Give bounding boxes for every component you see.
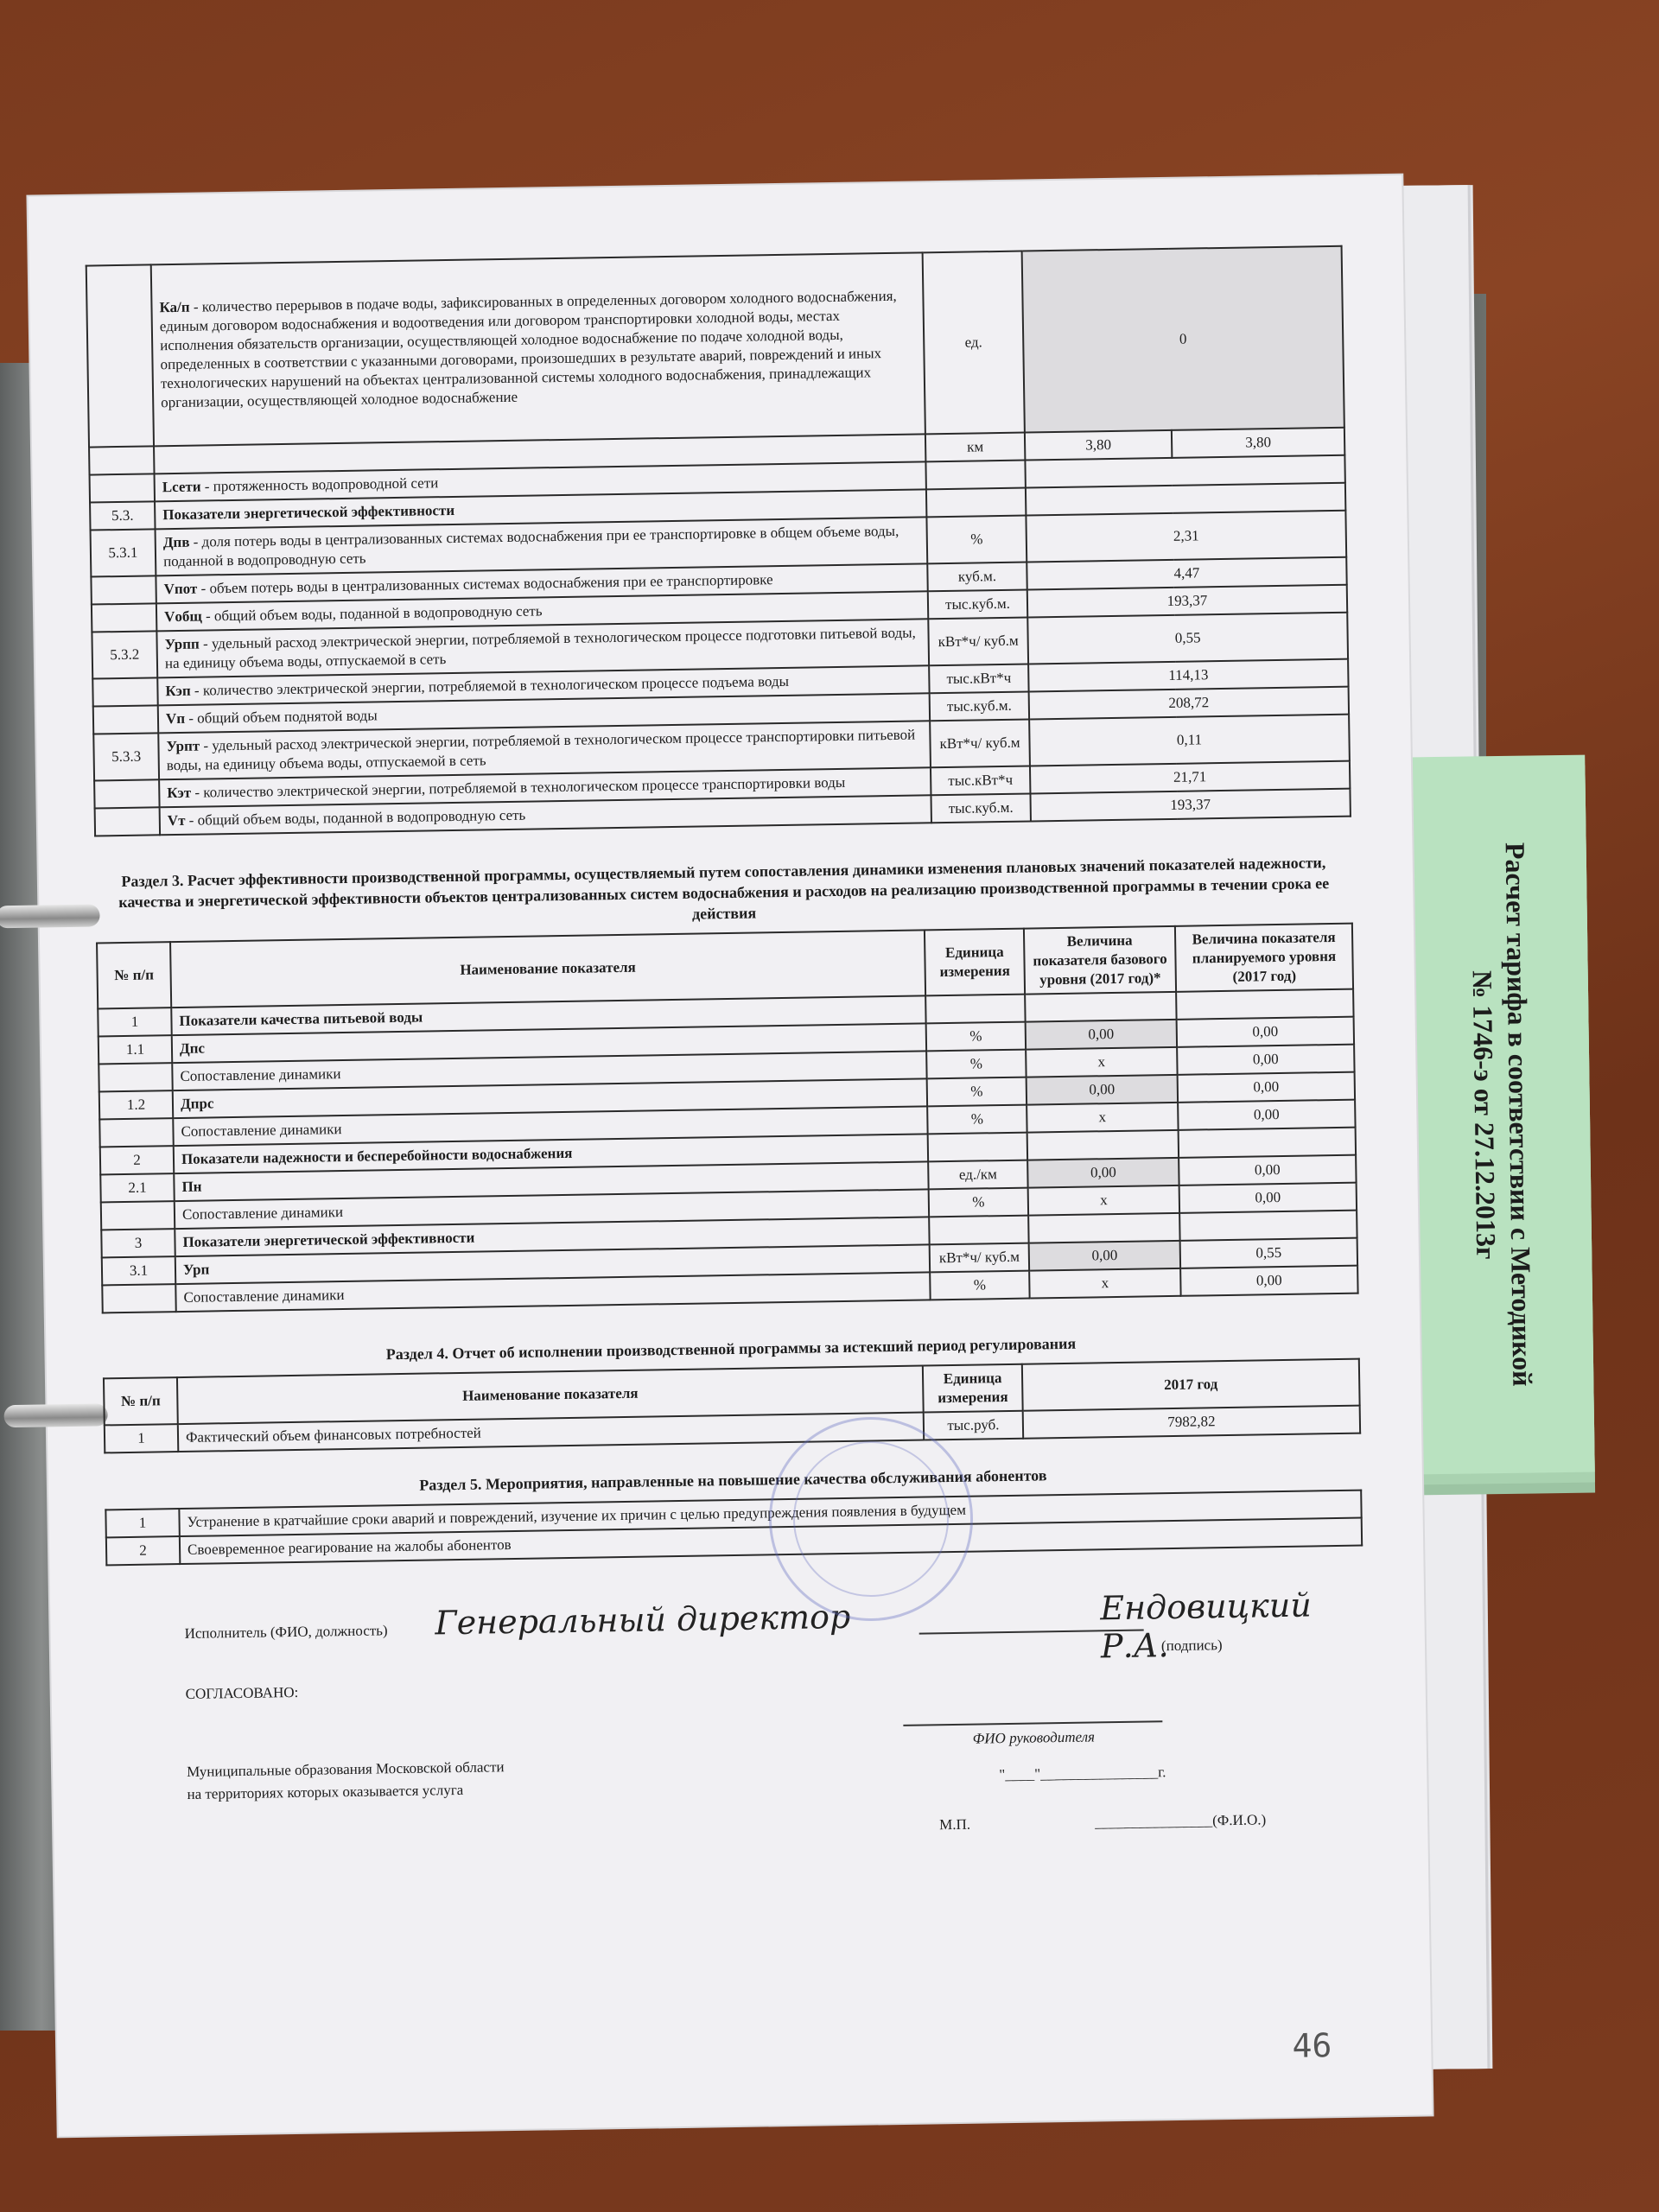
plan-value: 0,00 bbox=[1180, 1266, 1357, 1296]
row-number: 5.3.3 bbox=[93, 733, 159, 780]
fio-caption: ________________(Ф.И.О.) bbox=[1095, 1811, 1266, 1831]
unit-cell bbox=[925, 461, 1025, 490]
row-number bbox=[91, 575, 156, 604]
indicator-text: - протяженность водопроводной сети bbox=[200, 474, 438, 494]
agreed-label: СОГЛАСОВАНО: bbox=[186, 1684, 299, 1703]
indicator-code: Vп bbox=[166, 710, 185, 727]
base-value: x bbox=[1026, 1047, 1177, 1077]
value-cell: 0 bbox=[1022, 246, 1344, 433]
unit-cell: кВт*ч/ куб.м bbox=[928, 618, 1028, 666]
value-cell: 0,55 bbox=[1027, 613, 1348, 664]
indicator-code: Vпот bbox=[163, 581, 197, 598]
unit-cell bbox=[925, 995, 1025, 1024]
indicator-code: Кэт bbox=[167, 785, 191, 801]
unit-cell bbox=[926, 488, 1026, 518]
indicator-text: - общий объем поднятой воды bbox=[185, 707, 378, 726]
base-value bbox=[1025, 992, 1176, 1022]
plan-value: 0,00 bbox=[1179, 1155, 1356, 1185]
row-number: 3.1 bbox=[102, 1256, 175, 1285]
row-number bbox=[99, 1063, 172, 1091]
row-number bbox=[92, 677, 157, 706]
approval-block: СОГЛАСОВАНО: ФИО руководителя Муниципаль… bbox=[107, 1650, 1368, 1912]
head-fio-line bbox=[903, 1720, 1162, 1726]
indicator-code: Lсети bbox=[162, 479, 201, 496]
unit-cell: ед./км bbox=[928, 1160, 1027, 1190]
indicator-text: - общий объем воды, поданной в водопрово… bbox=[185, 807, 525, 829]
divider-tab: Расчет тарифа в соответствии с Методикой… bbox=[1408, 755, 1595, 1475]
plan-value: 0,00 bbox=[1179, 1183, 1357, 1213]
plan-value bbox=[1179, 1211, 1357, 1241]
base-value bbox=[1028, 1213, 1179, 1243]
row-number: 1 bbox=[105, 1509, 179, 1537]
row-number: 2 bbox=[100, 1146, 174, 1174]
row-number: 5.3. bbox=[90, 501, 155, 530]
row-number bbox=[95, 807, 160, 836]
plan-value bbox=[1176, 989, 1353, 1020]
unit-cell: % bbox=[930, 1271, 1029, 1300]
plan-value: 0,00 bbox=[1177, 1045, 1354, 1075]
indicator-code: Урпт bbox=[166, 738, 200, 755]
value-cell: 7982,82 bbox=[1023, 1406, 1360, 1439]
unit-cell: % bbox=[926, 516, 1027, 564]
row-number: 1 bbox=[98, 1007, 171, 1036]
unit-cell: % bbox=[927, 1105, 1027, 1135]
row-number bbox=[94, 779, 159, 808]
executor-position: Генеральный директор bbox=[435, 1598, 851, 1643]
indicator-description: Ка/п - количество перерывов в подаче вод… bbox=[151, 252, 925, 446]
plan-value bbox=[1179, 1128, 1356, 1158]
table-row: Ка/п - количество перерывов в подаче вод… bbox=[86, 246, 1344, 448]
column-header: 2017 год bbox=[1022, 1359, 1360, 1411]
value-cell: 3,80 bbox=[1172, 428, 1344, 458]
indicator-code: Дпв bbox=[163, 534, 190, 550]
indicator-code: Ка/п bbox=[159, 299, 189, 316]
indicator-text: - удельный расход электрической энергии,… bbox=[165, 625, 916, 672]
row-number bbox=[89, 446, 154, 474]
column-header: Величина показателя планируемого уровня … bbox=[1175, 924, 1353, 992]
indicator-text: - общий объем воды, поданной в водопрово… bbox=[202, 602, 543, 624]
base-value: 0,00 bbox=[1027, 1075, 1178, 1105]
indicator-text: - удельный расход электрической энергии,… bbox=[167, 727, 916, 774]
plan-value: 0,00 bbox=[1178, 1100, 1355, 1130]
head-fio-caption: ФИО руководителя bbox=[972, 1728, 1095, 1747]
row-number: 2.1 bbox=[100, 1173, 174, 1202]
unit-cell: тыс.куб.м. bbox=[930, 692, 1029, 721]
row-number bbox=[101, 1201, 175, 1230]
section3-title: Раздел 3. Расчет эффективности производс… bbox=[112, 852, 1336, 933]
unit-cell: % bbox=[926, 1022, 1026, 1052]
unit-cell: тыс.куб.м. bbox=[928, 590, 1027, 620]
base-value: 0,00 bbox=[1026, 1020, 1177, 1050]
energy-efficiency-table: Ка/п - количество перерывов в подаче вод… bbox=[86, 245, 1351, 837]
row-number bbox=[90, 474, 155, 502]
page-number: 46 bbox=[1292, 2026, 1332, 2065]
base-value: 0,00 bbox=[1027, 1158, 1179, 1188]
row-number bbox=[92, 603, 156, 632]
indicator-code: Vт bbox=[168, 812, 186, 829]
mp-label: М.П. bbox=[939, 1816, 970, 1834]
base-value: x bbox=[1027, 1103, 1178, 1133]
column-header: Наименование показателя bbox=[170, 930, 925, 1007]
section3-table: № п/пНаименование показателяЕдиница изме… bbox=[96, 923, 1359, 1314]
municipal-line-1: Муниципальные образования Московской обл… bbox=[187, 1758, 505, 1781]
tab-line-1: Расчет тарифа в соответствии с Методикой bbox=[1497, 842, 1540, 1387]
row-number: 1.2 bbox=[99, 1090, 173, 1119]
unit-cell: тыс.кВт*ч bbox=[931, 766, 1030, 795]
value-cell: 3,80 bbox=[1025, 430, 1172, 461]
row-number: 2 bbox=[106, 1536, 180, 1565]
document-page: Ка/п - количество перерывов в подаче вод… bbox=[28, 175, 1432, 2137]
indicator-code: Кэп bbox=[165, 683, 191, 699]
column-header: Величина показателя базового уровня (201… bbox=[1024, 926, 1176, 995]
indicator-text: - количество электрической энергии, потр… bbox=[191, 673, 790, 699]
divider-tab-text: Расчет тарифа в соответствии с Методикой… bbox=[1463, 842, 1540, 1388]
executor-label: Исполнитель (ФИО, должность) bbox=[184, 1622, 387, 1643]
value-cell: 2,31 bbox=[1026, 511, 1346, 563]
indicator-text: - количество перерывов в подаче воды, за… bbox=[160, 288, 897, 410]
value-cell: 0,11 bbox=[1029, 715, 1350, 766]
binder-ring-icon bbox=[0, 904, 100, 928]
base-value bbox=[1027, 1130, 1179, 1160]
indicator-code: Показатели энергетической эффективности bbox=[162, 502, 454, 523]
plan-value: 0,00 bbox=[1177, 1017, 1354, 1047]
base-value: x bbox=[1029, 1268, 1180, 1299]
unit-cell bbox=[929, 1216, 1028, 1245]
row-number bbox=[102, 1284, 175, 1313]
date-line: "____"________________г. bbox=[999, 1764, 1166, 1783]
row-number: 5.3.2 bbox=[92, 631, 157, 678]
stamp-icon bbox=[769, 1417, 973, 1621]
row-number bbox=[86, 264, 154, 447]
municipal-line-2: на территориях которых оказывается услуг… bbox=[187, 1782, 463, 1803]
indicator-code: Урпп bbox=[164, 636, 199, 653]
unit-cell: тыс.куб.м. bbox=[931, 793, 1030, 823]
row-number bbox=[93, 705, 158, 734]
base-value: x bbox=[1028, 1185, 1179, 1216]
column-header: Единица измерения bbox=[923, 1364, 1023, 1413]
base-value: 0,00 bbox=[1029, 1241, 1180, 1271]
indicator-text: - количество электрической энергии, потр… bbox=[191, 774, 845, 801]
column-header: № п/п bbox=[104, 1377, 178, 1425]
row-number: 5.3.1 bbox=[91, 529, 156, 576]
unit-cell: % bbox=[926, 1050, 1026, 1079]
row-number bbox=[99, 1118, 173, 1147]
row-number: 1.1 bbox=[99, 1035, 172, 1064]
column-header: № п/п bbox=[97, 942, 171, 1008]
unit-cell: тыс.руб. bbox=[924, 1411, 1023, 1440]
unit-cell: % bbox=[927, 1077, 1027, 1107]
section5-table: 1Устранение в кратчайшие сроки аварий и … bbox=[105, 1490, 1363, 1567]
unit-cell: ед. bbox=[923, 251, 1025, 435]
unit-cell: кВт*ч/ куб.м bbox=[930, 720, 1030, 768]
section4-table: № п/пНаименование показателяЕдиница изме… bbox=[103, 1358, 1361, 1454]
unit-cell: тыс.кВт*ч bbox=[929, 664, 1028, 694]
unit-cell: кВт*ч/ куб.м bbox=[930, 1243, 1029, 1273]
page-content: Ка/п - количество перерывов в подаче вод… bbox=[86, 245, 1369, 1912]
binder-ring-icon bbox=[3, 1403, 107, 1427]
indicator-text: - объем потерь воды в централизованных с… bbox=[197, 571, 773, 596]
indicator-text: - доля потерь воды в централизованных си… bbox=[163, 523, 899, 569]
indicator-code: Vобщ bbox=[164, 608, 202, 626]
row-number: 3 bbox=[101, 1229, 175, 1257]
unit-cell bbox=[928, 1133, 1027, 1162]
column-header: Единица измерения bbox=[925, 929, 1025, 996]
unit-cell: км bbox=[925, 433, 1025, 462]
plan-value: 0,00 bbox=[1178, 1072, 1355, 1103]
unit-cell: куб.м. bbox=[927, 563, 1027, 592]
unit-cell: % bbox=[929, 1188, 1028, 1217]
value-cell: 193,37 bbox=[1030, 789, 1350, 822]
row-number: 1 bbox=[105, 1424, 178, 1452]
plan-value: 0,55 bbox=[1180, 1238, 1357, 1268]
